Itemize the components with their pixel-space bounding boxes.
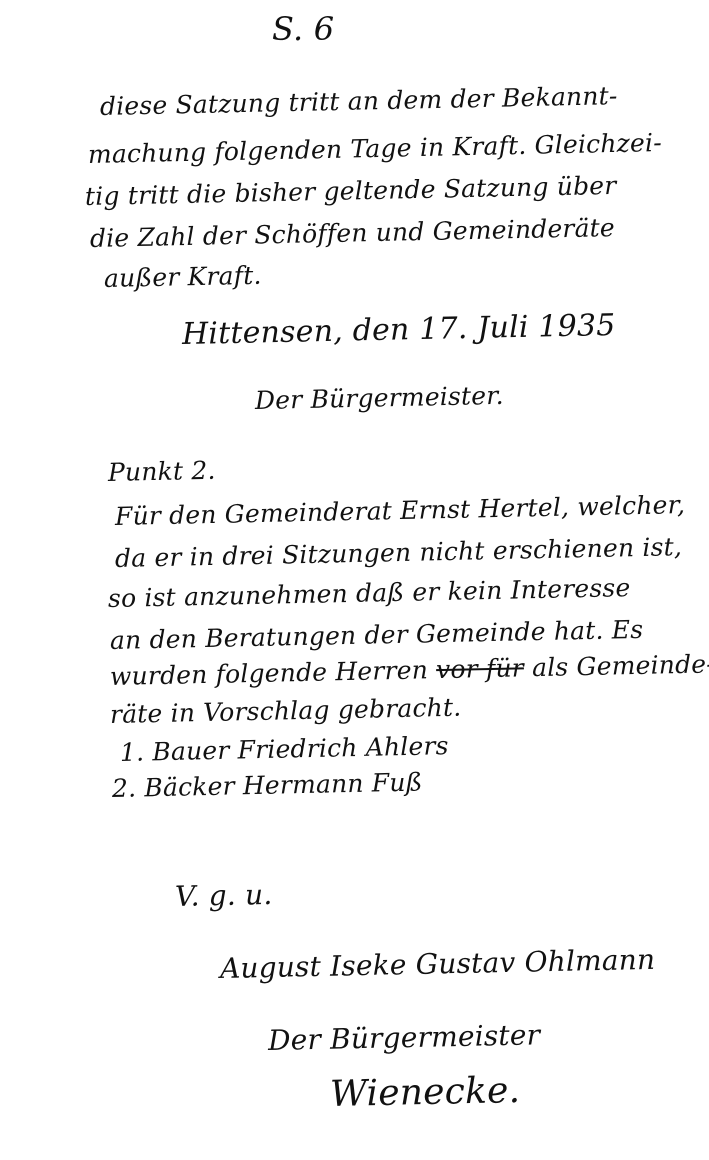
line-start: wurden folgende Herren [110,655,429,691]
body-line: so ist anzunehmen daß er kein Interesse [108,573,631,614]
body-line: außer Kraft. [104,261,262,294]
struck-text: vor für [436,653,524,684]
council-signatures: August Iseke Gustav Ohlmann [220,945,656,984]
body-line: wurden folgende Herren vor für als Gemei… [110,649,709,692]
nominee-item: 1. Bauer Friedrich Ahlers [120,731,449,768]
body-line: tig tritt die bisher geltende Satzung üb… [85,171,617,212]
body-line: an den Beratungen der Gemeinde hat. Es [110,615,644,656]
place-date: Hittensen, den 17. Juli 1935 [182,311,616,350]
signatory-title: Der Bürgermeister. [255,381,504,416]
body-line: diese Satzung tritt an dem der Bekannt- [100,81,618,122]
body-line: da er in drei Sitzungen nicht erschienen… [115,532,683,574]
body-line: Für den Gemeinderat Ernst Hertel, welche… [115,490,686,532]
mayor-title: Der Bürgermeister [268,1020,541,1056]
body-line: die Zahl der Schöffen und Gemeinderäte [90,213,616,254]
nominee-item: 2. Bäcker Hermann Fuß [112,767,423,803]
page-number: S. 6 [272,14,334,44]
approval-abbreviation: V. g. u. [175,880,273,912]
document-page: S. 6 diese Satzung tritt an dem der Beka… [0,0,709,1160]
mayor-signature: Wienecke. [330,1076,521,1110]
section-heading: Punkt 2. [108,456,216,488]
body-line: räte in Vorschlag gebracht. [110,693,462,730]
body-line: machung folgenden Tage in Kraft. Gleichz… [88,128,662,170]
line-end: als Gemeinde- [532,649,709,682]
